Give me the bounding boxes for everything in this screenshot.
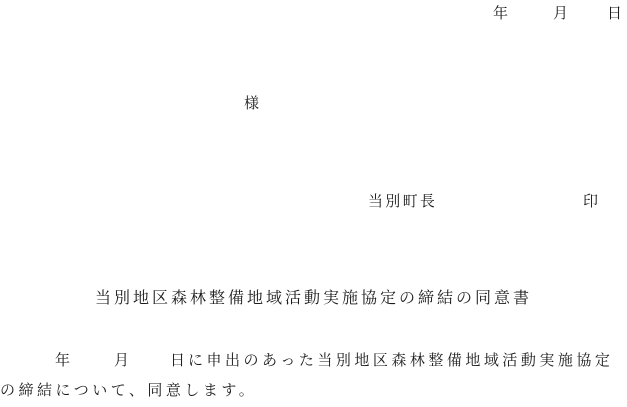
body-line1-text: に申出のあった当別地区森林整備地域活動実施協定 bbox=[188, 353, 613, 370]
body-date-day-label: 日 bbox=[170, 353, 189, 370]
seal-mark: 印 bbox=[583, 194, 598, 211]
body-line2-text: の締結について、同意します。 bbox=[0, 383, 257, 400]
addressee-honorific: 様 bbox=[244, 96, 259, 113]
body-date-year-label: 年 bbox=[55, 353, 74, 370]
document-title: 当別地区森林整備地域活動実施協定の締結の同意書 bbox=[0, 290, 627, 307]
header-date-year-label: 年 bbox=[493, 6, 508, 23]
consent-document-page: 年 月 日 様 当別町長 印 当別地区森林整備地域活動実施協定の締結の同意書 年… bbox=[0, 0, 627, 407]
mayor-title: 当別町長 bbox=[368, 194, 437, 211]
body-date-month-label: 月 bbox=[114, 353, 133, 370]
header-date-month-label: 月 bbox=[553, 6, 568, 23]
header-date-day-label: 日 bbox=[607, 6, 622, 23]
